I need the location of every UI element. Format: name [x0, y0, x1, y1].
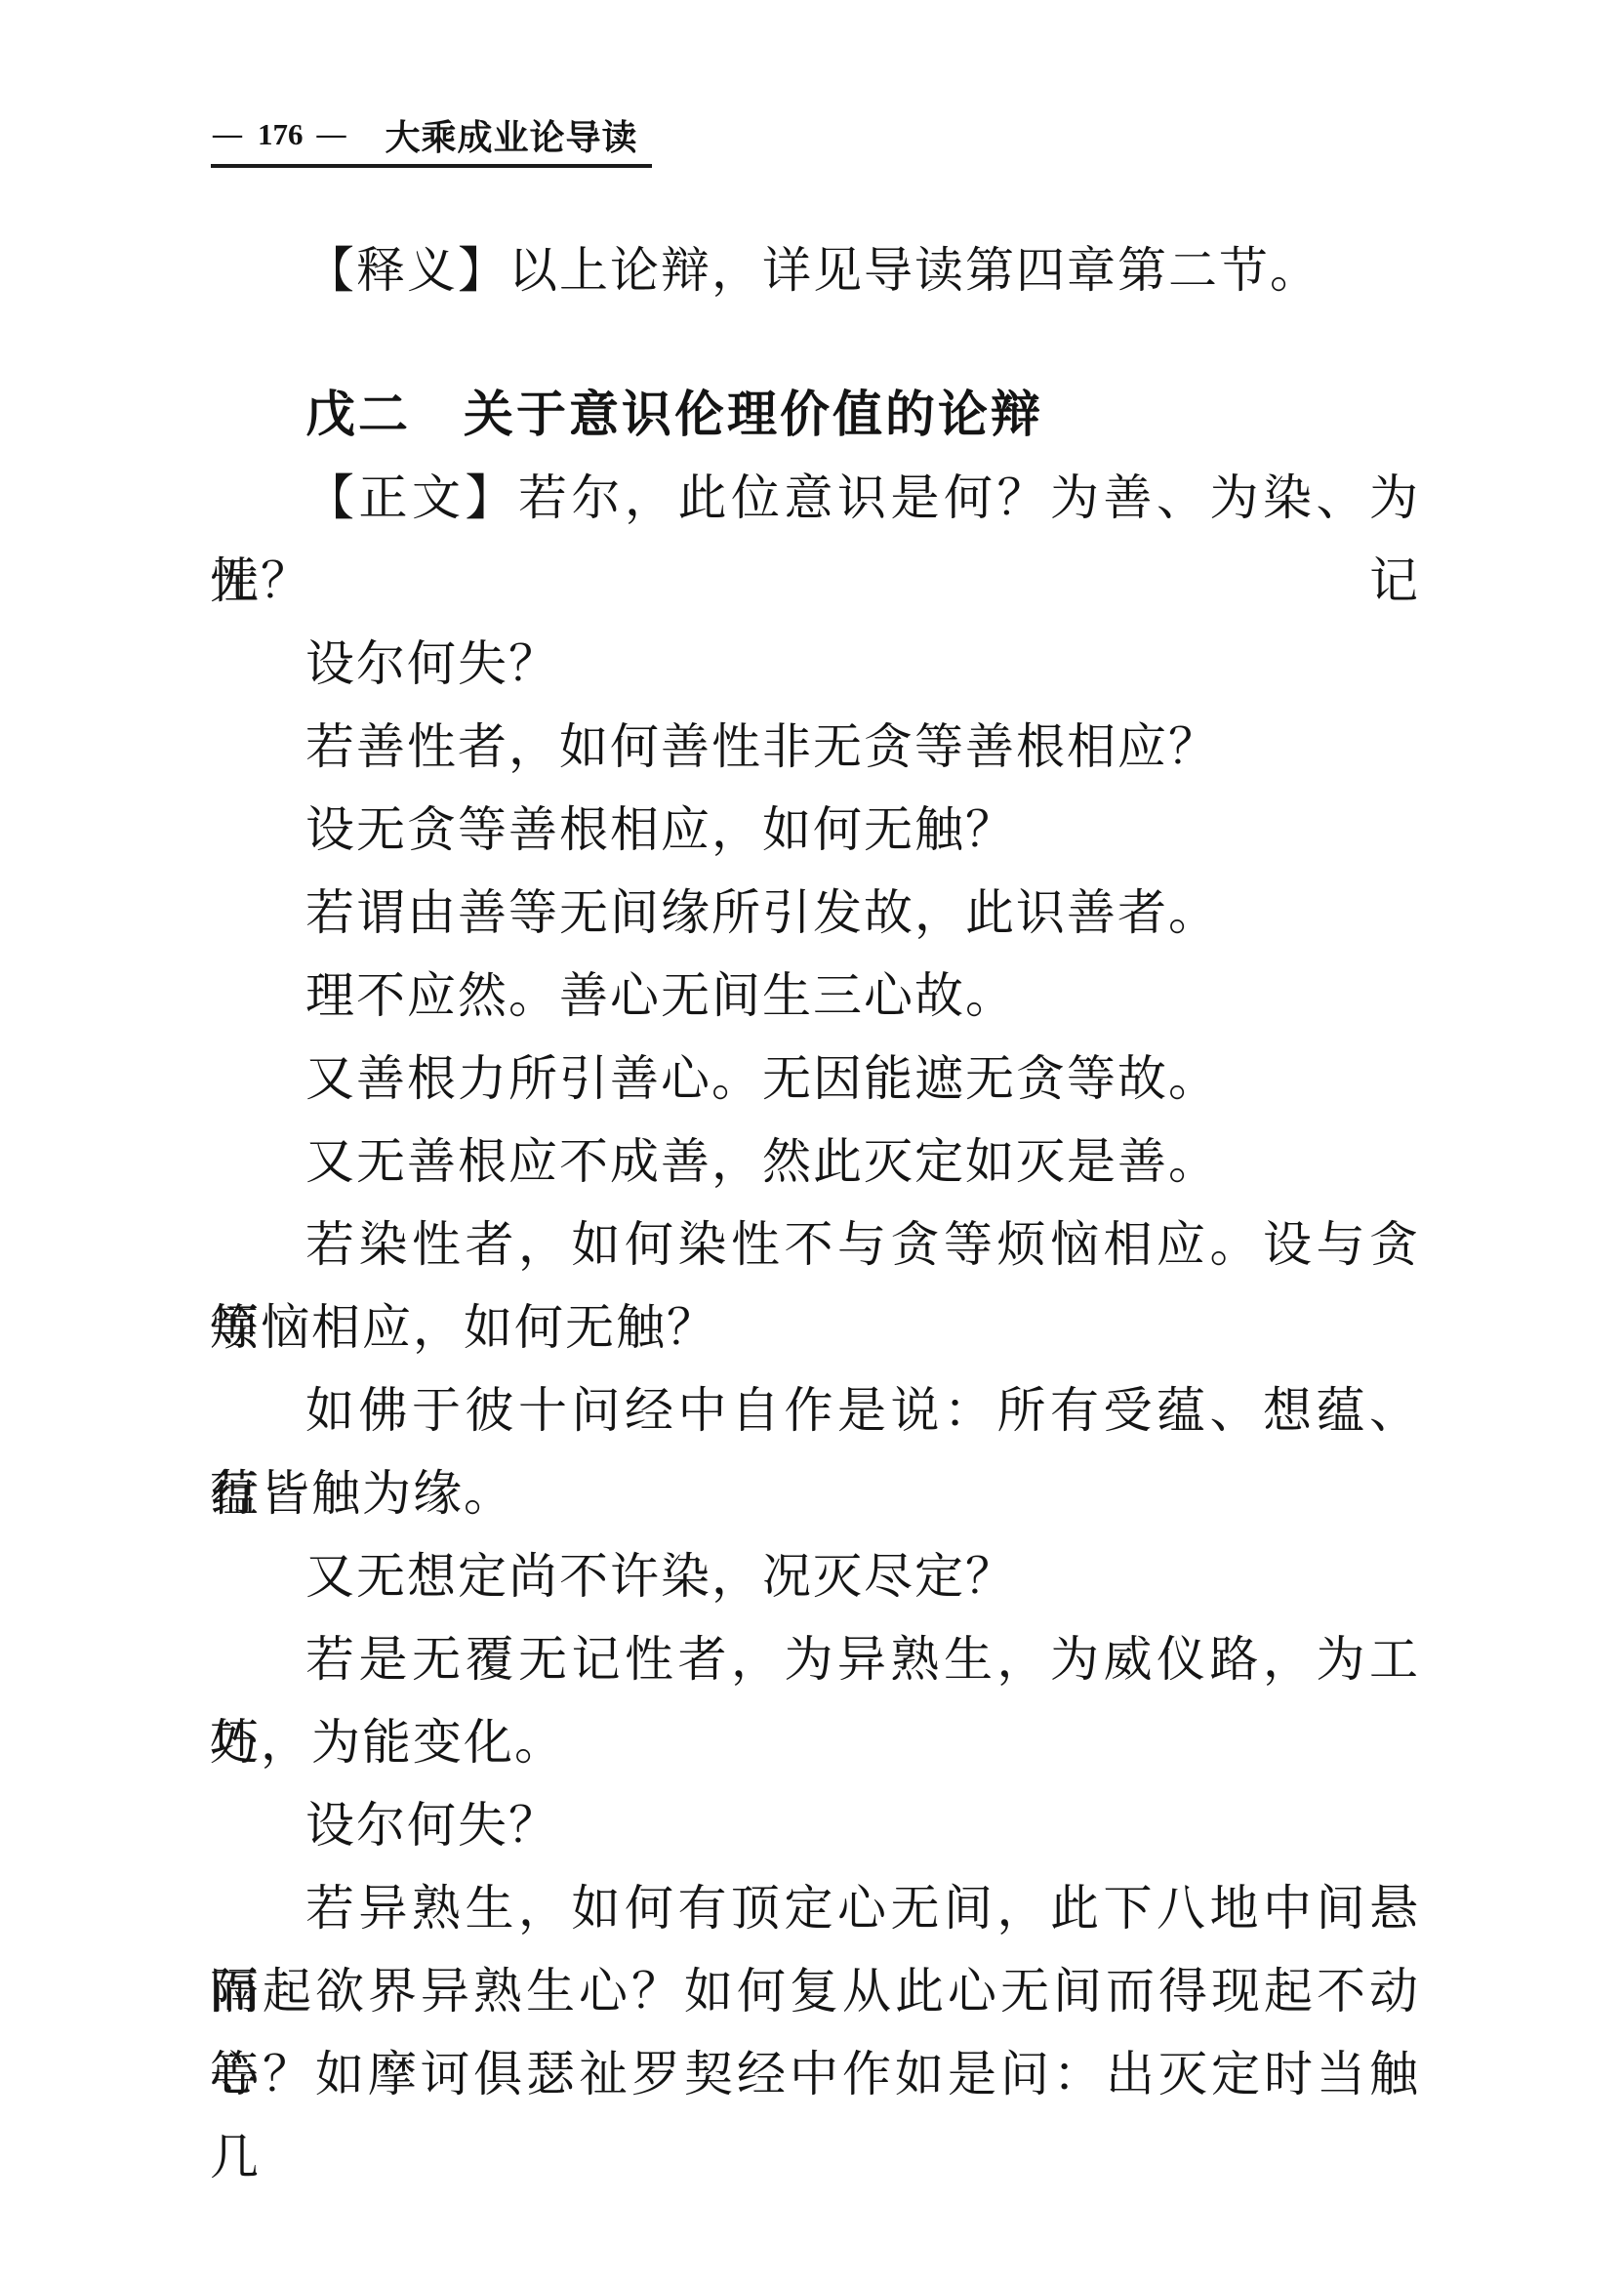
text-line: 如佛于彼十问经中自作是说：所有受蕴、想蕴、行 — [210, 1369, 1420, 1452]
text-line: 若异熟生，如何有顶定心无间，此下八地中间悬隔 — [210, 1867, 1420, 1950]
text-line: 【正文】若尔，此位意识是何？为善、为染、为无记 — [210, 457, 1420, 540]
header-dash-left: — — [213, 118, 242, 151]
text-line: 若是无覆无记性者，为异熟生，为威仪路，为工巧 — [210, 1618, 1420, 1701]
text-line: 蕴皆触为缘。 — [210, 1452, 1420, 1535]
text-line: 若谓由善等无间缘所引发故，此识善者。 — [210, 872, 1420, 955]
text-line: 而起欲界异熟生心？如何复从此心无间而得现起不动等 — [210, 1950, 1420, 2033]
page-number: 176 — [258, 117, 304, 152]
header-rule — [211, 164, 652, 168]
text-line: 设尔何失？ — [210, 1784, 1420, 1867]
text-line: 设无贪等善根相应，如何无触？ — [210, 789, 1420, 872]
text-line: 处，为能变化。 — [210, 1701, 1420, 1784]
section-gap — [210, 312, 1420, 373]
page-header: — 176 — 大乘成业论导读 — [213, 111, 638, 158]
text-line: 若染性者，如何染性不与贪等烦恼相应。设与贪等 — [210, 1203, 1420, 1286]
header-dash-right: — — [317, 118, 346, 151]
text-line: 理不应然。善心无间生三心故。 — [210, 955, 1420, 1038]
text-line: 又善根力所引善心。无因能遮无贪等故。 — [210, 1038, 1420, 1121]
text-line: 设尔何失？ — [210, 623, 1420, 706]
text-line: 心？如摩诃俱瑟祉罗契经中作如是问：出灭定时当触几 — [210, 2033, 1420, 2116]
page-body: 【释义】以上论辩，详见导读第四章第二节。 戊二 关于意识伦理价值的论辩 【正文】… — [210, 229, 1420, 2116]
section-heading: 戊二 关于意识伦理价值的论辩 — [210, 373, 1420, 457]
book-title: 大乘成业论导读 — [386, 110, 638, 160]
text-line: 若善性者，如何善性非无贪等善根相应？ — [210, 706, 1420, 789]
text-line: 又无想定尚不许染，况灭尽定？ — [210, 1535, 1420, 1618]
text-line: 又无善根应不成善，然此灭定如灭是善。 — [210, 1121, 1420, 1203]
text-line: 烦恼相应，如何无触？ — [210, 1286, 1420, 1369]
book-page: — 176 — 大乘成业论导读 【释义】以上论辩，详见导读第四章第二节。 戊二 … — [0, 0, 1624, 2284]
annotation-line: 【释义】以上论辩，详见导读第四章第二节。 — [210, 229, 1420, 312]
